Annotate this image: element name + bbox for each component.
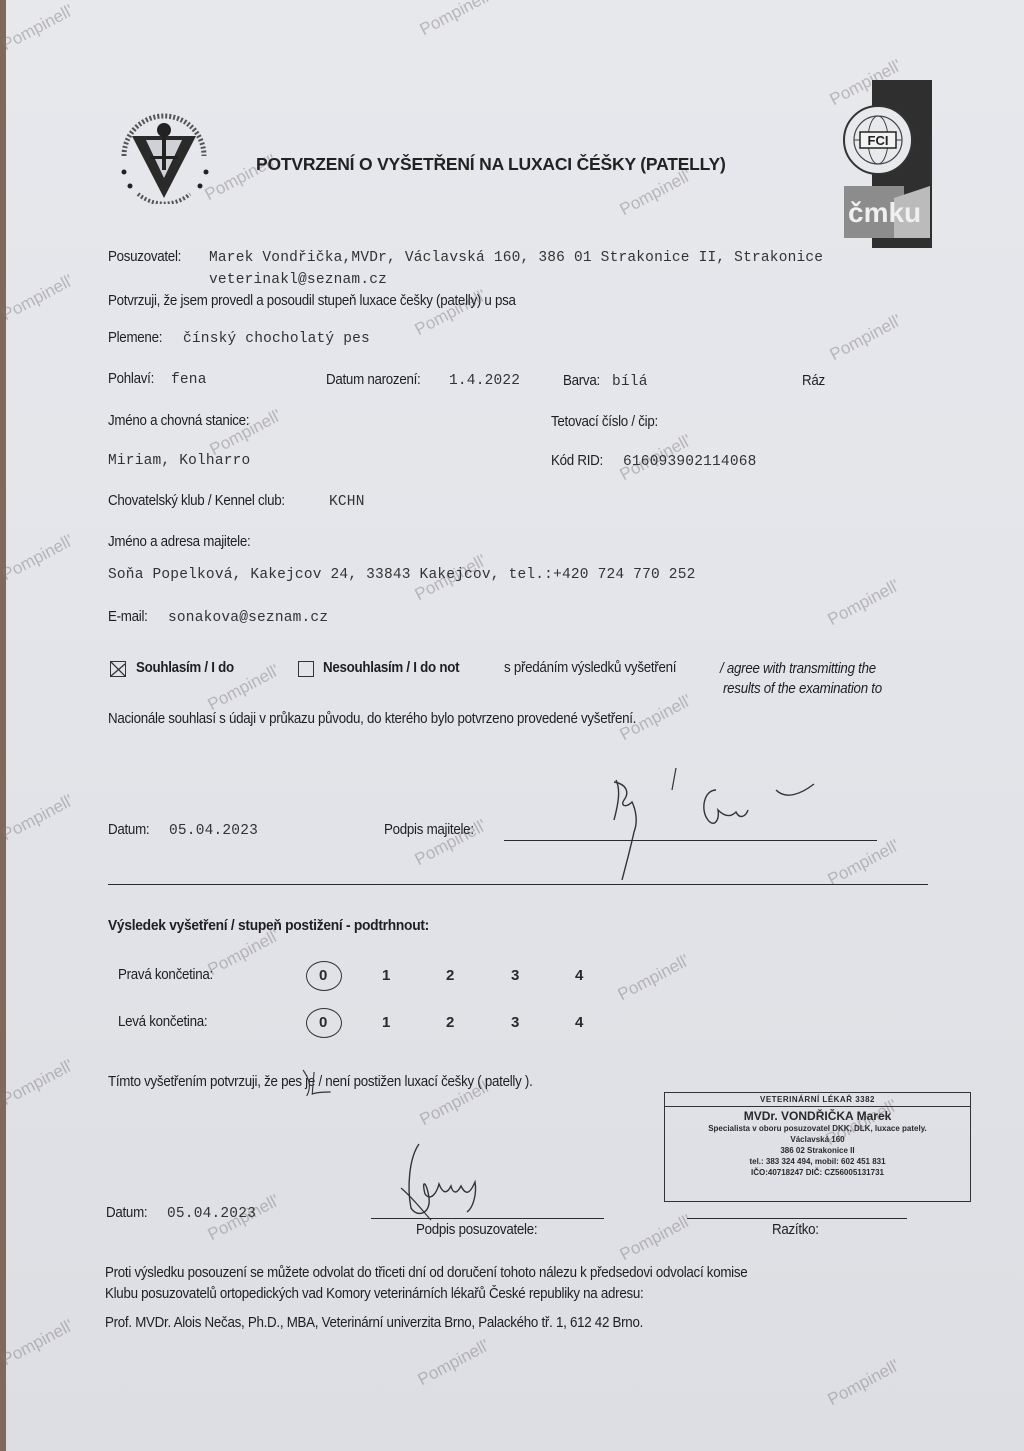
owner-date-label: Datum:: [108, 822, 149, 838]
dog-name-label: Jméno a chovná stanice:: [108, 413, 249, 429]
stamp-line: [687, 1218, 907, 1219]
fci-logo-icon: FCI: [842, 104, 914, 176]
assessor-sign-line: [371, 1218, 604, 1219]
statement-struck: je: [305, 1074, 315, 1090]
grade-option[interactable]: 1: [382, 967, 390, 984]
consent-agree-label: Souhlasím / I do: [136, 660, 234, 676]
watermark: Pompinell': [0, 531, 77, 585]
breed-value: čínský chocholatý pes: [183, 331, 370, 347]
komora-logo-icon: [110, 108, 218, 204]
owner-signature-icon: [596, 760, 826, 885]
watermark: Pompinell': [0, 791, 77, 845]
svg-text:FCI: FCI: [868, 133, 889, 148]
assessor-value: Marek Vondřička,MVDr, Václavská 160, 386…: [209, 250, 823, 266]
document-paper: Pompinell' Pompinell' Pompinell' Pompine…: [6, 0, 1024, 1451]
section-divider: [108, 884, 928, 885]
birth-date-label: Datum narození:: [326, 372, 420, 388]
watermark: Pompinell': [825, 836, 903, 890]
grade-option[interactable]: 1: [382, 1014, 390, 1031]
assessor-date-value: 05.04.2023: [167, 1206, 256, 1222]
email-value: sonakova@seznam.cz: [168, 610, 328, 626]
selected-grade-circle: [306, 1008, 342, 1038]
owner-value: Soňa Popelková, Kakejcov 24, 33843 Kakej…: [108, 567, 696, 583]
statement: Tímto vyšetřením potvrzuji, že pes je / …: [108, 1074, 533, 1090]
watermark: Pompinell': [617, 1211, 695, 1265]
appeal-line1: Proti výsledku posouzení se můžete odvol…: [105, 1265, 747, 1281]
stamp-header: VETERINÁRNÍ LÉKAŘ 3382: [665, 1093, 970, 1107]
grade-option[interactable]: 4: [575, 1014, 583, 1031]
dog-name-value: Miriam, Kolharro: [108, 453, 250, 469]
rid-value: 616093902114068: [623, 454, 757, 470]
breed-label: Plemene:: [108, 330, 162, 346]
sex-label: Pohlaví:: [108, 371, 154, 387]
result-heading: Výsledek vyšetření / stupeň postižení - …: [108, 917, 429, 934]
cmku-logo-icon: čmku: [844, 184, 932, 240]
consent-text-en-2: results of the examination to: [723, 681, 882, 697]
statement-before: Tímto vyšetřením potvrzuji, že pes: [108, 1074, 302, 1090]
sex-value: fena: [171, 372, 207, 388]
assessor-email: veterinakl@seznam.cz: [209, 272, 387, 288]
page-title: POTVRZENÍ O VYŠETŘENÍ NA LUXACI ČÉŠKY (P…: [256, 154, 726, 175]
strike-mark-icon: [300, 1068, 333, 1098]
grade-option[interactable]: 2: [446, 967, 454, 984]
stamp-line4: tel.: 383 324 494, mobil: 602 451 831: [665, 1156, 970, 1167]
tattoo-label: Tetovací číslo / čip:: [551, 414, 658, 430]
vet-stamp: VETERINÁRNÍ LÉKAŘ 3382 MVDr. VONDŘIČKA M…: [664, 1092, 971, 1202]
watermark: Pompinell': [825, 576, 903, 630]
watermark: Pompinell': [417, 0, 495, 40]
assessor-date-label: Datum:: [106, 1205, 147, 1221]
color-value: bílá: [612, 374, 648, 390]
watermark: Pompinell': [825, 1356, 903, 1410]
birth-date-value: 1.4.2022: [449, 373, 520, 389]
rid-label: Kód RID:: [551, 453, 603, 469]
svg-text:čmku: čmku: [848, 197, 921, 228]
selected-grade-circle: [306, 961, 342, 991]
stamp-line5: IČO:40718247 DIČ: CZ56005131731: [665, 1167, 970, 1178]
confirm-text: Potvrzuji, že jsem provedl a posoudil st…: [108, 293, 516, 309]
owner-label: Jméno a adresa majitele:: [108, 534, 250, 550]
color-label: Barva:: [563, 373, 600, 389]
stamp-name: MVDr. VONDŘIČKA Marek: [665, 1109, 970, 1123]
watermark: Pompinell': [0, 1, 77, 55]
consent-text-3: Nacionále souhlasí s údaji v průkazu pův…: [108, 711, 636, 727]
grade-option[interactable]: 2: [446, 1014, 454, 1031]
consent-text-cz: s předáním výsledků vyšetření: [504, 660, 676, 676]
owner-sign-label: Podpis majitele:: [384, 822, 474, 838]
consent-text-en-1: / agree with transmitting the: [720, 661, 876, 677]
email-label: E-mail:: [108, 609, 148, 625]
consent-disagree-checkbox[interactable]: [298, 661, 314, 677]
grade-option[interactable]: 3: [511, 967, 519, 984]
watermark: Pompinell': [0, 1316, 77, 1370]
stamp-line2: Václavská 160: [665, 1134, 970, 1145]
owner-date-value: 05.04.2023: [169, 823, 258, 839]
club-label: Chovatelský klub / Kennel club:: [108, 493, 285, 509]
grade-option[interactable]: 3: [511, 1014, 519, 1031]
stamp-line1: Specialista v oboru posuzovatel DKK, DLK…: [665, 1123, 970, 1134]
coat-label: Ráz: [802, 373, 825, 389]
assessor-signature-icon: [391, 1138, 501, 1223]
assessor-label: Posuzovatel:: [108, 249, 181, 265]
stamp-label: Razítko:: [772, 1222, 819, 1238]
watermark: Pompinell': [0, 1056, 77, 1110]
consent-disagree-label: Nesouhlasím / I do not: [323, 660, 459, 676]
club-value: KCHN: [329, 494, 365, 510]
watermark: Pompinell': [827, 311, 905, 365]
watermark: Pompinell': [615, 951, 693, 1005]
check-mark-icon: [111, 662, 125, 676]
watermark: Pompinell': [415, 1336, 493, 1390]
right-limb-label: Pravá končetina:: [118, 967, 213, 983]
appeal-line3: Prof. MVDr. Alois Nečas, Ph.D., MBA, Vet…: [105, 1315, 643, 1331]
consent-agree-checkbox[interactable]: [110, 661, 126, 677]
watermark: Pompinell': [0, 271, 77, 325]
grade-option[interactable]: 4: [575, 967, 583, 984]
left-limb-label: Levá končetina:: [118, 1014, 207, 1030]
stamp-line3: 386 02 Strakonice II: [665, 1145, 970, 1156]
statement-after: / není postižen luxací češky ( patelly )…: [318, 1074, 532, 1090]
appeal-line2: Klubu posuzovatelů ortopedických vad Kom…: [105, 1286, 643, 1302]
assessor-sign-label: Podpis posuzovatele:: [416, 1222, 537, 1238]
